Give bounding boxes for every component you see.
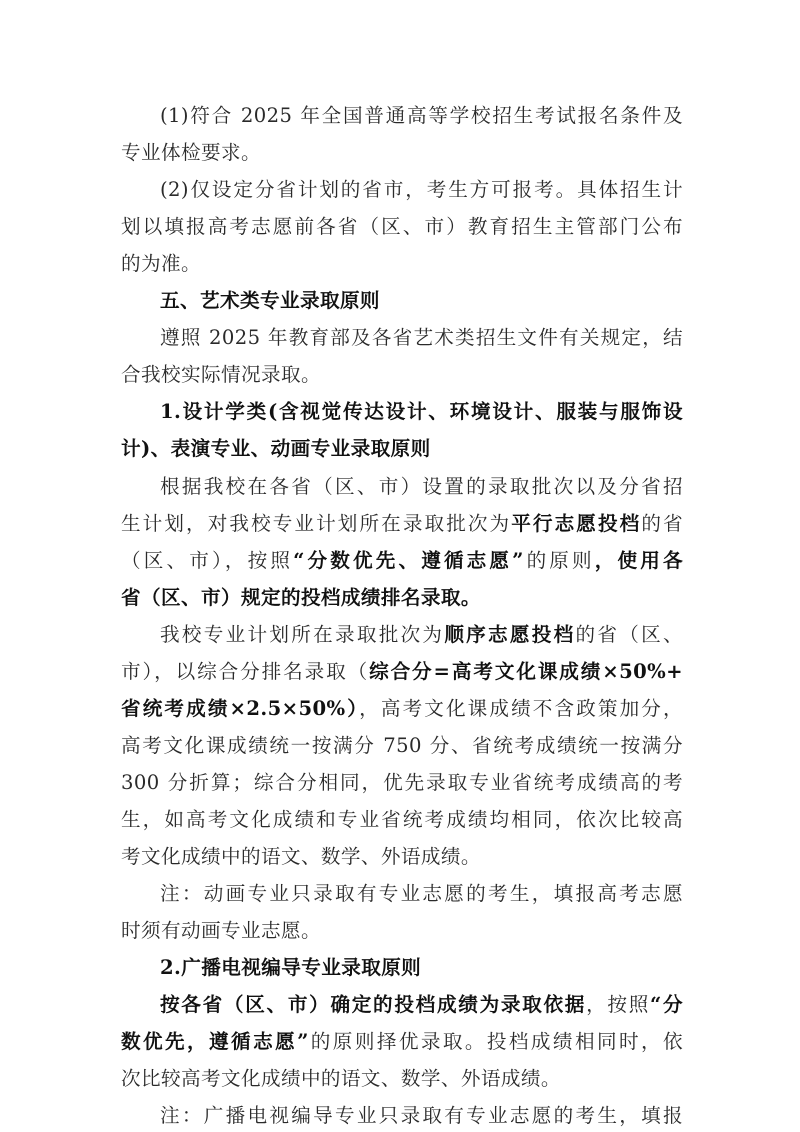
text-segment: 专业体检要求。: [121, 141, 261, 164]
text-segment: 的省（区、: [576, 623, 683, 646]
text-segment: 注：广播电视编导专业只录取有专业志愿的考生，填报: [160, 1104, 683, 1127]
text-line: 省统考成绩×2.5×50%），高考文化课成绩不含政策加分，: [121, 690, 683, 727]
text-line: 的为准。: [121, 245, 683, 282]
text-line: 省（区、市）规定的投档成绩排名录取。: [121, 579, 683, 616]
text-segment: 时须有动画专业志愿。: [121, 919, 321, 942]
text-segment: 次比较高考文化成绩中的语文、数学、外语成绩。: [121, 1067, 561, 1090]
text-line: 按各省（区、市）确定的投档成绩为录取依据，按照“分: [160, 986, 683, 1023]
text-line: 时须有动画专业志愿。: [121, 912, 683, 949]
bold-text-segment: “分数优先、遵循志愿”: [293, 549, 524, 572]
text-segment: （区、市），按照: [121, 549, 293, 572]
text-segment: 的原则: [524, 549, 595, 572]
bold-text-segment: 顺序志愿投档: [444, 623, 575, 646]
text-line: 注：广播电视编导专业只录取有专业志愿的考生，填报: [160, 1097, 683, 1132]
text-line: 生计划，对我校专业计划所在录取批次为平行志愿投档的省: [121, 505, 683, 542]
text-segment: 300 分折算；综合分相同，优先录取专业省统考成绩高的考: [121, 771, 683, 794]
text-line: 合我校实际情况录取。: [121, 356, 683, 393]
text-segment: 的省: [641, 512, 683, 535]
bold-text-segment: 省统考成绩×2.5×50%）: [121, 697, 359, 720]
text-line: 高考文化课成绩统一按满分 750 分、省统考成绩统一按满分: [121, 727, 683, 764]
text-segment: 生，如高考文化成绩和专业省统考成绩均相同，依次比较高: [121, 808, 683, 831]
bold-text-segment: ，使用各: [595, 549, 683, 572]
bold-text-segment: 综合分=高考文化课成绩×50%+: [369, 660, 683, 683]
text-line: 遵照 2025 年教育部及各省艺术类招生文件有关规定，结: [160, 319, 683, 356]
text-line: 注：动画专业只录取有专业志愿的考生，填报高考志愿: [160, 875, 683, 912]
text-segment: 考文化成绩中的语文、数学、外语成绩。: [121, 845, 481, 868]
text-line: 1.设计学类(含视觉传达设计、环境设计、服装与服饰设: [160, 393, 683, 430]
text-segment: 合我校实际情况录取。: [121, 363, 321, 386]
bold-text-segment: 2.广播电视编导专业录取原则: [160, 956, 421, 979]
text-segment: (1)符合 2025 年全国普通高等学校招生考试报名条件及: [160, 104, 683, 127]
bold-text-segment: “分: [650, 993, 683, 1016]
text-segment: ，按照: [586, 993, 650, 1016]
text-segment: 市），以综合分排名录取（: [121, 660, 369, 683]
bold-text-segment: 省（区、市）规定的投档成绩排名录取。: [121, 586, 481, 609]
text-line: 考文化成绩中的语文、数学、外语成绩。: [121, 838, 683, 875]
bold-text-segment: 1.设计学类(含视觉传达设计、环境设计、服装与服饰设: [160, 400, 683, 423]
text-line: 根据我校在各省（区、市）设置的录取批次以及分省招: [160, 468, 683, 505]
text-line: 市），以综合分排名录取（综合分=高考文化课成绩×50%+: [121, 653, 683, 690]
document-page: (1)符合 2025 年全国普通高等学校招生考试报名条件及专业体检要求。(2)仅…: [0, 0, 800, 1132]
text-segment: 划以填报高考志愿前各省（区、市）教育招生主管部门公布: [121, 215, 683, 238]
text-segment: 注：动画专业只录取有专业志愿的考生，填报高考志愿: [160, 882, 683, 905]
text-segment: 的原则择优录取。投档成绩相同时，依: [309, 1030, 683, 1053]
text-segment: ，高考文化课成绩不含政策加分，: [359, 697, 683, 720]
text-line: 数优先，遵循志愿”的原则择优录取。投档成绩相同时，依: [121, 1023, 683, 1060]
text-line: (2)仅设定分省计划的省市，考生方可报考。具体招生计: [160, 171, 683, 208]
text-segment: 遵照 2025 年教育部及各省艺术类招生文件有关规定，结: [160, 326, 683, 349]
text-segment: 的为准。: [121, 252, 201, 275]
bold-text-segment: 数优先，遵循志愿”: [121, 1030, 309, 1053]
text-line: 计)、表演专业、动画专业录取原则: [121, 430, 683, 467]
text-line: 次比较高考文化成绩中的语文、数学、外语成绩。: [121, 1060, 683, 1097]
text-line: 五、艺术类专业录取原则: [160, 282, 683, 319]
text-line: (1)符合 2025 年全国普通高等学校招生考试报名条件及: [160, 97, 683, 134]
text-line: 专业体检要求。: [121, 134, 683, 171]
bold-text-segment: 计)、表演专业、动画专业录取原则: [121, 437, 431, 460]
text-segment: 高考文化课成绩统一按满分 750 分、省统考成绩统一按满分: [121, 734, 683, 757]
text-line: 300 分折算；综合分相同，优先录取专业省统考成绩高的考: [121, 764, 683, 801]
text-line: 2.广播电视编导专业录取原则: [160, 949, 683, 986]
text-line: 划以填报高考志愿前各省（区、市）教育招生主管部门公布: [121, 208, 683, 245]
bold-text-segment: 五、艺术类专业录取原则: [160, 289, 380, 312]
text-segment: 根据我校在各省（区、市）设置的录取批次以及分省招: [160, 475, 683, 498]
text-line: 生，如高考文化成绩和专业省统考成绩均相同，依次比较高: [121, 801, 683, 838]
text-segment: (2)仅设定分省计划的省市，考生方可报考。具体招生计: [160, 178, 683, 201]
text-segment: 生计划，对我校专业计划所在录取批次为: [121, 512, 511, 535]
bold-text-segment: 按各省（区、市）确定的投档成绩为录取依据: [160, 993, 586, 1016]
text-segment: 我校专业计划所在录取批次为: [160, 623, 444, 646]
text-line: （区、市），按照“分数优先、遵循志愿”的原则，使用各: [121, 542, 683, 579]
bold-text-segment: 平行志愿投档: [511, 512, 641, 535]
text-line: 我校专业计划所在录取批次为顺序志愿投档的省（区、: [160, 616, 683, 653]
